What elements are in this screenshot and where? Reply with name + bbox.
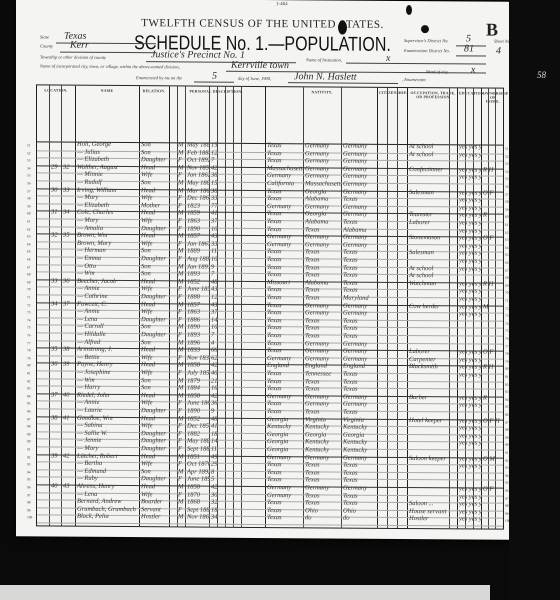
- cell-age: 41: [211, 423, 225, 430]
- cell-age: 48: [211, 278, 225, 285]
- cell-mpob: Texas: [343, 317, 377, 324]
- cell-age: 38: [211, 172, 225, 179]
- cell-name: Holt, George: [77, 141, 139, 148]
- cell-sex: M: [178, 141, 185, 148]
- cell-rel: Wife: [141, 172, 169, 179]
- cell-dw: 40: [51, 483, 61, 490]
- cell-own: O F H: [483, 417, 503, 424]
- cell-own: R H: [483, 364, 503, 371]
- cell-fam: 40: [63, 391, 75, 398]
- census-table: LOCATION. NAME RELATION. PERSONAL DESCRI…: [36, 84, 504, 529]
- cell-age: 7: [211, 271, 225, 278]
- cell-name: — Sabina: [77, 422, 139, 429]
- cell-dw: 32: [51, 232, 61, 239]
- line-number: 89: [27, 432, 31, 436]
- cell-sex: F: [178, 461, 185, 468]
- cell-birth: 1893: [187, 331, 209, 338]
- corner-letter: B: [486, 20, 498, 41]
- table-row: Black, PeliaHostlerMNov 186534TexasdodoH…: [37, 515, 503, 527]
- cell-age: 9: [211, 263, 225, 270]
- cell-fpob: Texas: [305, 492, 341, 499]
- cell-own: O M: [483, 455, 503, 462]
- cell-sex: M: [178, 453, 185, 460]
- cell-name: Brown, Mary: [77, 240, 139, 247]
- cell-age: 32: [211, 499, 225, 506]
- cell-pob: Texas: [267, 248, 303, 255]
- cell-sex: M: [178, 210, 185, 217]
- line-number: 60: [505, 215, 509, 219]
- enumerated-mid: day of June, 1900,: [238, 76, 271, 81]
- cell-fpob: Germany: [305, 142, 341, 149]
- cell-fpob: Germany: [305, 302, 341, 309]
- cell-name: Armstrong, J.: [77, 346, 139, 353]
- cell-age: 7: [211, 332, 225, 339]
- line-number: 78: [505, 352, 509, 356]
- enumerated-label: Enumerated by me on the: [136, 75, 182, 80]
- cell-fpob: Germany: [305, 340, 341, 347]
- cell-rel: Wife: [141, 240, 169, 247]
- cell-fpob: Texas: [305, 499, 341, 506]
- line-number: 64: [505, 245, 509, 249]
- line-number: 85: [27, 402, 31, 406]
- cell-sex: F: [178, 407, 185, 414]
- cell-fam: 32: [63, 163, 75, 170]
- cell-birth: June 1857: [187, 286, 209, 293]
- line-number: 55: [27, 174, 31, 178]
- cell-name: Walther, August: [77, 164, 139, 171]
- cell-age: 11: [211, 446, 225, 453]
- line-number: 70: [27, 288, 31, 292]
- cell-pob: Texas: [267, 499, 303, 506]
- cell-rel: Son: [141, 384, 169, 391]
- cell-fpob: Germany: [305, 157, 341, 164]
- cell-mpob: Georgia: [343, 431, 377, 438]
- cell-name: Riedel, John: [77, 392, 139, 399]
- township-label: Township or other division of county: [40, 54, 106, 59]
- line-number: 62: [27, 227, 31, 231]
- line-number: 67: [505, 268, 509, 272]
- cell-edu: yes yes yes: [459, 356, 481, 363]
- cell-fpob: Kentucky: [305, 439, 341, 446]
- line-number: 91: [27, 447, 31, 451]
- cell-edu: yes yes yes: [459, 349, 481, 356]
- cell-occ: Carpenter: [409, 356, 449, 363]
- cell-fpob: Germany: [305, 173, 341, 180]
- cell-occ: Hotel keeper: [409, 417, 449, 424]
- cell-birth: Apr 1892: [187, 468, 209, 475]
- cell-birth: Oct 1870: [187, 461, 209, 468]
- cell-birth: Mar 1862: [187, 187, 209, 194]
- cell-name: Ahrens, Henry: [77, 483, 139, 490]
- day-line: [194, 82, 234, 83]
- cell-fam: 37: [63, 300, 75, 307]
- col-group-ownership: OWNERSHIP OF HOME.: [483, 92, 503, 104]
- cell-name: — Laurie: [77, 407, 139, 414]
- cell-fpob: Texas: [305, 249, 341, 256]
- cell-fpob: Germany: [305, 454, 341, 461]
- cell-pob: Germany: [267, 492, 303, 499]
- cell-fpob: Kentucky: [305, 446, 341, 453]
- cell-rel: Wife: [141, 308, 169, 315]
- institution-line: [346, 63, 486, 65]
- line-number: 77: [505, 344, 509, 348]
- scan-border-bottom: [0, 585, 490, 600]
- cell-edu: yes yes yes: [459, 257, 481, 264]
- cell-age: 77: [211, 202, 225, 209]
- scan-border-right: [509, 0, 560, 600]
- cell-pob: Texas: [267, 332, 303, 339]
- cell-birth: 1863: [187, 217, 209, 224]
- cell-edu: yes yes yes: [459, 242, 481, 249]
- line-number: 74: [505, 321, 509, 325]
- cell-pob: Texas: [267, 302, 303, 309]
- cell-age: 10: [211, 256, 225, 263]
- cell-name: — Rudolf: [77, 179, 139, 186]
- cell-age: 14: [211, 316, 225, 323]
- cell-edu: yes yes yes: [459, 288, 481, 295]
- ward-label: Ward of city,: [426, 69, 449, 74]
- county-label: County: [40, 43, 53, 48]
- cell-rel: Son: [141, 248, 169, 255]
- cell-rel: Son: [141, 263, 169, 270]
- cell-sex: F: [178, 369, 185, 376]
- cell-sex: M: [178, 468, 185, 475]
- cell-rel: Son: [141, 377, 169, 384]
- cell-birth: May 1885: [187, 179, 209, 186]
- cell-birth: 1858: [187, 392, 209, 399]
- cell-edu: yes yes yes: [459, 516, 481, 523]
- cell-mpob: Kentucky: [343, 424, 377, 431]
- cell-own: O F: [483, 486, 503, 493]
- cell-birth: Jan 1862: [187, 172, 209, 179]
- sheet-value: 4: [496, 46, 501, 57]
- cell-own: R: [483, 394, 503, 401]
- cell-name: Bernard, Andrew: [77, 498, 139, 505]
- cell-sex: M: [178, 392, 185, 399]
- cell-age: 10: [211, 225, 225, 232]
- cell-age: 15: [211, 180, 225, 187]
- cell-mpob: Texas: [343, 500, 377, 507]
- ink-blot: [421, 25, 429, 33]
- cell-edu: yes yes yes: [459, 280, 481, 287]
- line-number: 92: [505, 458, 509, 462]
- cell-edu: yes yes yes: [459, 212, 481, 219]
- cell-sex: M: [178, 415, 185, 422]
- cell-mpob: Texas: [343, 378, 377, 385]
- cell-mpob: Texas: [343, 279, 377, 286]
- cell-fpob: Germany: [305, 393, 341, 400]
- census-title: TWELFTH CENSUS OF THE UNITED STATES.: [16, 16, 509, 31]
- cell-age: 49: [211, 453, 225, 460]
- line-number: 59: [505, 207, 509, 211]
- cell-mpob: Texas: [343, 333, 377, 340]
- cell-name: — Annie: [77, 399, 139, 406]
- cell-mpob: Texas: [343, 492, 377, 499]
- cell-rel: Daughter: [141, 445, 169, 452]
- cell-sex: M: [178, 377, 185, 384]
- cell-name: — Edmund: [77, 468, 139, 475]
- cell-fpob: Texas: [305, 256, 341, 263]
- cell-own: R H: [483, 166, 503, 173]
- cell-age: 62: [211, 354, 225, 361]
- line-number: 57: [27, 189, 31, 193]
- cell-pob: Texas: [267, 157, 303, 164]
- cell-fpob: Germany: [305, 233, 341, 240]
- line-number: 58: [505, 200, 509, 204]
- cell-sex: M: [178, 514, 185, 521]
- cell-mpob: Germany: [343, 181, 377, 188]
- cell-age: 40: [211, 370, 225, 377]
- cell-occ: House servant: [409, 508, 449, 515]
- cell-edu: yes yes yes: [459, 151, 481, 158]
- cell-rel: Wife: [141, 460, 169, 467]
- cell-birth: 1858: [187, 483, 209, 490]
- cell-occ: Salesman: [409, 249, 449, 256]
- cell-birth: 1857: [187, 233, 209, 240]
- cell-age: 21: [211, 377, 225, 384]
- cell-mpob: Texas: [343, 469, 377, 476]
- line-number: 69: [27, 280, 31, 284]
- cell-pob: Germany: [267, 454, 303, 461]
- cell-fpob: Germany: [305, 401, 341, 408]
- cell-birth: 1857: [187, 301, 209, 308]
- cell-edu: yes yes yes: [459, 440, 481, 447]
- line-number: 81: [505, 375, 509, 379]
- cell-rel: Head: [141, 164, 169, 171]
- cell-mpob: Germany: [343, 393, 377, 400]
- cell-sex: M: [178, 324, 185, 331]
- cell-sex: F: [178, 195, 185, 202]
- state-label: State: [40, 34, 49, 39]
- cell-sex: F: [178, 202, 185, 209]
- line-number: 92: [27, 455, 31, 459]
- cell-occ: Watchman: [409, 280, 449, 287]
- cell-name: Brown, Wm: [77, 232, 139, 239]
- cell-sex: M: [178, 179, 185, 186]
- col-group-name: NAME: [77, 89, 137, 93]
- line-number: 80: [505, 367, 509, 371]
- line-number: 94: [27, 470, 31, 474]
- cell-sex: F: [178, 423, 185, 430]
- cell-fpob: Alabama: [305, 279, 341, 286]
- cell-fpob: Germany: [305, 355, 341, 362]
- cell-occ: Saloon ...: [409, 500, 449, 507]
- cell-rel: Daughter: [141, 430, 169, 437]
- line-number: 87: [505, 420, 509, 424]
- cell-rel: Son: [141, 179, 169, 186]
- cell-name: — Bettie: [77, 354, 139, 361]
- cell-mpob: Ohio: [343, 507, 377, 514]
- line-number: 69: [505, 283, 509, 287]
- cell-pob: Germany: [267, 203, 303, 210]
- cell-pob: Texas: [267, 469, 303, 476]
- cell-sex: M: [178, 362, 185, 369]
- cell-name: — Herman: [77, 247, 139, 254]
- cell-pob: Missouri: [267, 279, 303, 286]
- cell-occ: At school: [409, 151, 449, 158]
- cell-mpob: Texas: [343, 257, 377, 264]
- cell-mpob: Maryland: [343, 295, 377, 302]
- cell-sex: F: [178, 293, 185, 300]
- cell-mpob: Germany: [343, 158, 377, 165]
- line-number: 62: [505, 230, 509, 234]
- cell-edu: yes yes yes: [459, 227, 481, 234]
- cell-occ: Cow herder: [409, 303, 449, 310]
- line-number: 84: [505, 397, 509, 401]
- cell-occ: Saloon keeper: [409, 455, 449, 462]
- cell-name: — Elizabeth: [77, 202, 139, 209]
- cell-rel: Head: [141, 483, 169, 490]
- cell-dw: 30: [51, 186, 61, 193]
- cell-pob: Texas: [267, 400, 303, 407]
- cell-age: 42: [211, 164, 225, 171]
- cell-edu: yes yes yes: [459, 235, 481, 242]
- cell-sex: F: [178, 331, 185, 338]
- cell-birth: 1859: [187, 210, 209, 217]
- cell-sex: M: [178, 164, 185, 171]
- line-number: 65: [505, 253, 509, 257]
- cell-rel: Daughter: [141, 225, 169, 232]
- cell-birth: 1882: [187, 430, 209, 437]
- line-number: 65: [27, 250, 31, 254]
- cell-mpob: England: [343, 363, 377, 370]
- enumerated-day: 5: [212, 71, 217, 82]
- cell-mpob: Germany: [343, 454, 377, 461]
- cell-name: — Julius: [77, 148, 139, 155]
- enumeration-label: Enumeration District No.: [404, 48, 450, 53]
- cell-mpob: Germany: [343, 310, 377, 317]
- cell-sex: M: [178, 347, 185, 354]
- cell-edu: yes yes yes: [459, 197, 481, 204]
- cell-pob: Germany: [267, 393, 303, 400]
- cell-mpob: Texas: [343, 409, 377, 416]
- cell-sex: F: [178, 400, 185, 407]
- line-number: 88: [27, 425, 31, 429]
- line-number: 61: [505, 223, 509, 227]
- cell-age: 18: [211, 506, 225, 513]
- census-sheet: 1-464 TWELFTH CENSUS OF THE UNITED STATE…: [16, 0, 509, 540]
- cell-pob: Texas: [267, 507, 303, 514]
- cell-age: 7: [211, 157, 225, 164]
- line-number: 79: [505, 359, 509, 363]
- cell-birth: 1893: [187, 271, 209, 278]
- cell-edu: yes yes yes: [459, 189, 481, 196]
- cell-edu: yes yes yes: [459, 425, 481, 432]
- cell-pob: Texas: [267, 347, 303, 354]
- cell-name: Grumbach, Grumbach: [77, 506, 139, 513]
- cell-fam: 34: [63, 209, 75, 216]
- cell-name: — Emma: [77, 255, 139, 262]
- line-number: 91: [505, 451, 509, 455]
- cell-birth: Jan 1891: [187, 263, 209, 270]
- cell-edu: yes yes yes: [459, 265, 481, 272]
- cell-fpob: Germany: [305, 484, 341, 491]
- cell-mpob: Kentucky: [343, 439, 377, 446]
- cell-fpob: Texas: [305, 461, 341, 468]
- cell-pob: Texas: [267, 271, 303, 278]
- cell-name: — Annie: [77, 308, 139, 315]
- line-number: 74: [27, 318, 31, 322]
- cell-sex: F: [178, 255, 185, 262]
- cell-rel: Daughter: [141, 293, 169, 300]
- cell-fpob: Texas: [305, 325, 341, 332]
- cell-birth: Sept 1888: [187, 445, 209, 452]
- cell-fpob: do: [305, 515, 341, 522]
- cell-edu: yes yes yes: [459, 402, 481, 409]
- line-number: 71: [27, 295, 31, 299]
- city-label: Name of incorporated city, town, or vill…: [40, 63, 180, 69]
- enumeration-line: [456, 55, 486, 56]
- cell-pob: Georgia: [267, 416, 303, 423]
- cell-mpob: Germany: [343, 203, 377, 210]
- cell-rel: Servant: [141, 506, 169, 513]
- line-number: 54: [505, 169, 509, 173]
- cell-pob: Massachusetts: [267, 165, 303, 172]
- cell-fpob: Germany: [305, 241, 341, 248]
- cell-age: 10: [211, 324, 225, 331]
- cell-name: — Josephine: [77, 369, 139, 376]
- cell-name: — Hildalle: [77, 331, 139, 338]
- cell-age: 42: [211, 392, 225, 399]
- cell-mpob: Texas: [343, 371, 377, 378]
- line-number: 54: [27, 166, 31, 170]
- line-number: 68: [505, 276, 509, 280]
- line-number: 79: [27, 356, 31, 360]
- cell-name: — Otto: [77, 262, 139, 269]
- cell-fpob: England: [305, 363, 341, 370]
- cell-fpob: Texas: [305, 477, 341, 484]
- cell-rel: Boarder: [141, 498, 169, 505]
- cell-edu: yes yes yes: [459, 371, 481, 378]
- cell-name: — Mary: [77, 194, 139, 201]
- cell-birth: 1886: [187, 316, 209, 323]
- cell-birth: May 1885: [187, 141, 209, 148]
- ink-blot: [406, 5, 412, 15]
- cell-pob: Texas: [267, 309, 303, 316]
- cell-own: M: [483, 303, 503, 310]
- line-number: 61: [27, 219, 31, 223]
- cell-sex: F: [178, 476, 185, 483]
- cell-pob: Germany: [267, 355, 303, 362]
- cell-sex: M: [178, 499, 185, 506]
- cell-age: 11: [211, 248, 225, 255]
- cell-birth: Jan 1867: [187, 240, 209, 247]
- cell-rel: Son: [141, 339, 169, 346]
- cell-sex: M: [178, 187, 185, 194]
- table-body: Holt, GeorgeSonMMay 188515TexasGermanyGe…: [37, 142, 503, 145]
- cell-sex: M: [178, 263, 185, 270]
- line-number: 73: [27, 311, 31, 315]
- cell-birth: May 1886: [187, 438, 209, 445]
- line-number: 64: [27, 242, 31, 246]
- cell-mpob: Texas: [343, 219, 377, 226]
- line-number: 85: [505, 405, 509, 409]
- cell-pob: Germany: [267, 233, 303, 240]
- cell-birth: Dec 1866: [187, 195, 209, 202]
- cell-name: Black, Pelia: [77, 513, 139, 520]
- cell-sex: F: [178, 430, 185, 437]
- cell-dw: 29: [51, 163, 61, 170]
- cell-sex: F: [178, 225, 185, 232]
- cell-birth: 1823: [187, 202, 209, 209]
- col-group-relation: RELATION.: [141, 89, 167, 93]
- cell-own: O F: [483, 189, 503, 196]
- line-number: 83: [27, 387, 31, 391]
- cell-pob: Texas: [267, 286, 303, 293]
- cell-name: Lütcher, Robert: [77, 452, 139, 459]
- cell-birth: Dec 1858: [187, 423, 209, 430]
- line-number: 52: [27, 151, 31, 155]
